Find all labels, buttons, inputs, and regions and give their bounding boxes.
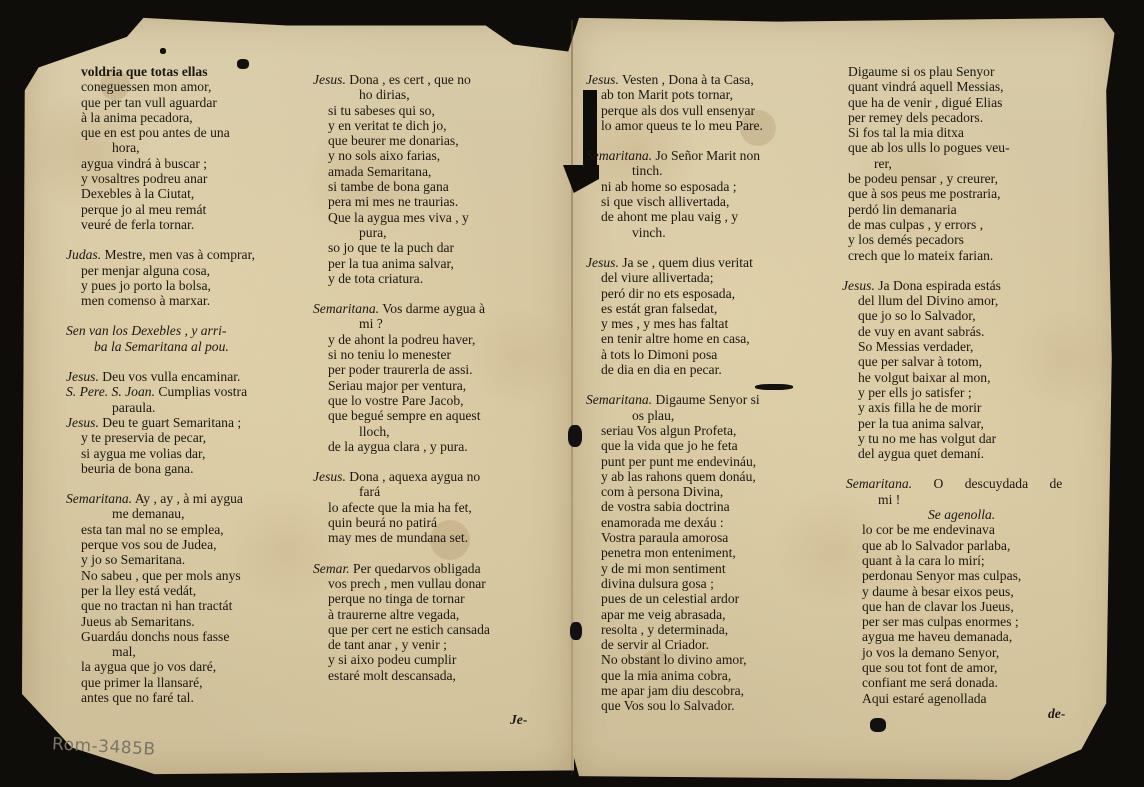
verse-line: veuré de ferla tornar. — [66, 217, 255, 232]
pencil-shelfmark: Rom-3485B — [52, 734, 156, 759]
verse-line: penetra mon enteniment, — [586, 545, 763, 560]
verse-line: me apar jam diu descobra, — [586, 683, 763, 698]
column-3: Jesus. Vesten , Dona à ta Casa, ab ton M… — [586, 72, 763, 714]
verse-line: pura, — [313, 225, 490, 240]
center-fold — [571, 20, 573, 775]
verse-line: pera mi mes ne traurias. — [313, 194, 490, 209]
verse-line: de ahont me plau vaig , y — [586, 209, 763, 224]
speech-start: Jesus. Dona , es cert , que no — [313, 72, 490, 87]
verse-line: ho dirias, — [313, 87, 490, 102]
ink-blot — [870, 718, 886, 732]
verse-line: y mes , y mes has faltat — [586, 316, 763, 331]
speaker-name: Judas. — [66, 247, 101, 262]
verse-line: amada Semaritana, — [313, 164, 490, 179]
verse-line: que Vos sou lo Salvador. — [586, 698, 763, 713]
verse-line: Seriau major per ventura, — [313, 378, 490, 393]
verse-line: tinch. — [586, 163, 763, 178]
verse-line: que la vida que jo he feta — [586, 438, 763, 453]
verse-line: estaré molt descansada, — [313, 668, 490, 683]
speech-start: Jesus. Vesten , Dona à ta Casa, — [586, 72, 763, 87]
verse-line: mi ! — [848, 492, 1062, 507]
verse-line: que han de clavar los Jueus, — [848, 599, 1062, 614]
verse-line: y tu no me has volgut dar — [848, 431, 1062, 446]
verse-line: de mas culpas , y errors , — [848, 217, 1062, 232]
verse-line: per la tua anima salvar, — [313, 256, 490, 271]
stage-direction: Sen van los Dexebles , y arri- — [66, 323, 255, 338]
verse-line: de vuy en avant sabrás. — [848, 324, 1062, 339]
verse-line: si aygua me volias dar, — [66, 446, 255, 461]
verse-line: que ab los ulls lo pogues veu- — [848, 140, 1062, 155]
verse-line: divina dulsura gosa ; — [586, 576, 763, 591]
verse-line: si que visch allivertada, — [586, 194, 763, 209]
verse-line: y per ells jo satisfer ; — [848, 385, 1062, 400]
verse-line: que per cert ne estich cansada — [313, 622, 490, 637]
verse-line: y en veritat te dich jo, — [313, 118, 490, 133]
verse-line: del aygua quet demaní. — [848, 446, 1062, 461]
verse-line: que jo so lo Salvador, — [848, 308, 1062, 323]
verse-line: Jueus ab Semaritans. — [66, 614, 255, 629]
ink-blot — [160, 48, 166, 54]
verse-line: y te preservia de pecar, — [66, 430, 255, 445]
verse-line: lo cor be me endevinava — [848, 522, 1062, 537]
verse-line: Dexebles à la Ciutat, — [66, 186, 255, 201]
verse-line: si no teniu lo menester — [313, 347, 490, 362]
verse-line: punt per punt me endevináu, — [586, 454, 763, 469]
verse-line: beuria de bona gana. — [66, 461, 255, 476]
speech-start: Judas. Mestre, men vas à comprar, — [66, 247, 255, 262]
verse-line: antes que no faré tal. — [66, 690, 255, 705]
verse-line: No obstant lo divino amor, — [586, 652, 763, 667]
column-4: Digaume si os plau Senyor quant vindrá a… — [848, 64, 1062, 706]
verse-line: perdonau Senyor mas culpas, — [848, 568, 1062, 583]
verse-line: apar me veig abrasada, — [586, 607, 763, 622]
verse-line: per menjar alguna cosa, — [66, 263, 255, 278]
verse-line: à la anima pecadora, — [66, 110, 255, 125]
verse-line: que per salvar à totom, — [848, 354, 1062, 369]
verse-line: vinch. — [586, 225, 763, 240]
catchword: Je- — [510, 712, 527, 728]
verse-line: hora, — [66, 140, 255, 155]
verse-line: si tambe de bona gana — [313, 179, 490, 194]
verse-line: que no tractan ni han tractát — [66, 598, 255, 613]
verse-line: mal, — [66, 644, 255, 659]
verse-line: may mes de mundana set. — [313, 530, 490, 545]
verse-line: que lo vostre Pare Jacob, — [313, 393, 490, 408]
speech-start: Semaritana. Ay , ay , à mi aygua — [66, 491, 255, 506]
verse-line: me demanau, — [66, 506, 255, 521]
verse-line: jo vos la demano Senyor, — [848, 645, 1062, 660]
verse-line: y los demés pecadors — [848, 232, 1062, 247]
verse-line: y vosaltres podreu anar — [66, 171, 255, 186]
verse-line: So Messias verdader, — [848, 339, 1062, 354]
verse-line: lo afecte que la mia ha fet, — [313, 500, 490, 515]
verse-line: aygua me haveu demanada, — [848, 629, 1062, 644]
verse-line: voldria que totas ellas — [66, 64, 255, 79]
speech-start: Semaritana. Jo Señor Marit non — [586, 148, 763, 163]
verse-line: he volgut baixar al mon, — [848, 370, 1062, 385]
verse-line: per ser mas culpas enormes ; — [848, 614, 1062, 629]
verse-line: de tant anar , y venir ; — [313, 637, 490, 652]
verse-line: y ab las rahons quem donáu, — [586, 469, 763, 484]
verse-line: crech que lo mateix farian. — [848, 248, 1062, 263]
verse-line: lloch, — [313, 424, 490, 439]
verse-line: que en est pou antes de una — [66, 125, 255, 140]
verse-line: per la tua anima salvar, — [848, 416, 1062, 431]
column-1: voldria que totas ellas coneguessen mon … — [66, 64, 255, 705]
verse-line: mi ? — [313, 316, 490, 331]
verse-line: paraula. — [66, 400, 255, 415]
speech-start: Semaritana. O descuydada de — [846, 476, 1062, 491]
verse-line: seriau Vos algun Profeta, — [586, 423, 763, 438]
verse-line: Aqui estaré agenollada — [848, 691, 1062, 706]
verse-line: quin beurá no patirá — [313, 515, 490, 530]
verse-line: y pues jo porto la bolsa, — [66, 278, 255, 293]
verse-line: y de ahont la podreu haver, — [313, 332, 490, 347]
verse-line: si tu sabeses qui so, — [313, 103, 490, 118]
verse-line: aygua vindrá à buscar ; — [66, 156, 255, 171]
verse-line: ab ton Marit pots tornar, — [586, 87, 763, 102]
verse-line: perdó lin demanaria — [848, 202, 1062, 217]
verse-line: y si aixo podeu cumplir — [313, 652, 490, 667]
ink-blot — [568, 425, 582, 447]
verse-line: que à sos peus me postraria, — [848, 186, 1062, 201]
verse-line: confiant me será donada. — [848, 675, 1062, 690]
speech-start: Jesus. Ja se , quem dius veritat — [586, 255, 763, 270]
ink-blot — [570, 622, 582, 640]
verse-line: à traurerne altre vegada, — [313, 607, 490, 622]
speech-start: Jesus. Ja Dona espirada estás — [842, 278, 1062, 293]
verse-line: quant vindrá aquell Messias, — [848, 79, 1062, 94]
verse-line: de servir al Criador. — [586, 637, 763, 652]
verse-line: resolta , y determinada, — [586, 622, 763, 637]
verse-line: la aygua que jo vos daré, — [66, 659, 255, 674]
speech-start: Semaritana. Vos darme aygua à — [313, 301, 490, 316]
catchword: de- — [1048, 706, 1065, 722]
verse-line: coneguessen mon amor, — [66, 79, 255, 94]
verse-line: que ab lo Salvador parlaba, — [848, 538, 1062, 553]
speech-start: Jesus. Deu vos vulla encaminar. — [66, 369, 255, 384]
verse-line: fará — [313, 484, 490, 499]
verse-line: Que la aygua mes viva , y — [313, 210, 490, 225]
verse-line: y axis filla he de morir — [848, 400, 1062, 415]
verse-line: so jo que te la puch dar — [313, 240, 490, 255]
verse-line: es estát gran falsedat, — [586, 301, 763, 316]
verse-line: men comenso à marxar. — [66, 293, 255, 308]
verse-line: Vostra paraula amorosa — [586, 530, 763, 545]
verse-line: de la aygua clara , y pura. — [313, 439, 490, 454]
verse-line: en tenir altre home en casa, — [586, 331, 763, 346]
verse-line: que la mia anima cobra, — [586, 668, 763, 683]
verse-line: que sou tot font de amor, — [848, 660, 1062, 675]
verse-line: be podeu pensar , y creurer, — [848, 171, 1062, 186]
speech-start: S. Pere. S. Joan. Cumplias vostra — [66, 384, 255, 399]
verse-line: perque als dos vull ensenyar — [586, 103, 763, 118]
verse-line: y jo so Semaritana. — [66, 552, 255, 567]
verse-line: que beurer me donarias, — [313, 133, 490, 148]
verse-line: y daume à besar eixos peus, — [848, 584, 1062, 599]
verse-line: enamorada me dexáu : — [586, 515, 763, 530]
column-2: Jesus. Dona , es cert , que no ho dirias… — [313, 72, 490, 683]
stage-direction: Se agenolla. — [848, 507, 1062, 522]
verse-line: de dia en dia en pecar. — [586, 362, 763, 377]
verse-line: del llum del Divino amor, — [848, 293, 1062, 308]
verse-line: perque no tinga de tornar — [313, 591, 490, 606]
verse-line: quant à la cara lo mirí; — [848, 553, 1062, 568]
verse-line: Digaume si os plau Senyor — [848, 64, 1062, 79]
stage-direction: ba la Semaritana al pou. — [66, 339, 255, 354]
verse-line: No sabeu , que per mols anys — [66, 568, 255, 583]
verse-line: del viure allivertada; — [586, 270, 763, 285]
verse-line: perque jo al meu remát — [66, 202, 255, 217]
verse-line: que begué sempre en aquest — [313, 408, 490, 423]
verse-line: per la lley está vedát, — [66, 583, 255, 598]
verse-line: lo amor queus te lo meu Pare. — [586, 118, 763, 133]
verse-line: que primer la llansaré, — [66, 675, 255, 690]
verse-line: Guardáu donchs nous fasse — [66, 629, 255, 644]
verse-line: y no sols aixo farias, — [313, 148, 490, 163]
verse-line: que per tan vull aguardar — [66, 95, 255, 110]
verse-line: rer, — [848, 156, 1062, 171]
verse-line: ni ab home so esposada ; — [586, 179, 763, 194]
verse-line: pues de un celestial ardor — [586, 591, 763, 606]
verse-line: perque vos sou de Judea, — [66, 537, 255, 552]
speech-start: Jesus. Deu te guart Semaritana ; — [66, 415, 255, 430]
verse-line: y de mi mon sentiment — [586, 561, 763, 576]
verse-line: per remey dels pecadors. — [848, 110, 1062, 125]
verse-line: per poder traurerla de assi. — [313, 362, 490, 377]
verse-line: à tots lo Dimoni posa — [586, 347, 763, 362]
speech-start: Semar. Per quedarvos obligada — [313, 561, 490, 576]
verse-line: de vostra sabia doctrina — [586, 499, 763, 514]
verse-line: y de tota criatura. — [313, 271, 490, 286]
speech-start: Jesus. Dona , aquexa aygua no — [313, 469, 490, 484]
verse-line: os plau, — [586, 408, 763, 423]
verse-line: peró dir no ets esposada, — [586, 286, 763, 301]
verse-line: Si fos tal la mia ditxa — [848, 125, 1062, 140]
verse-line: esta tan mal no se emplea, — [66, 522, 255, 537]
verse-line: que ha de venir , digué Elias — [848, 95, 1062, 110]
verse-line: vos prech , men vullau donar — [313, 576, 490, 591]
speech-start: Semaritana. Digaume Senyor si — [586, 392, 763, 407]
verse-line: com à persona Divina, — [586, 484, 763, 499]
